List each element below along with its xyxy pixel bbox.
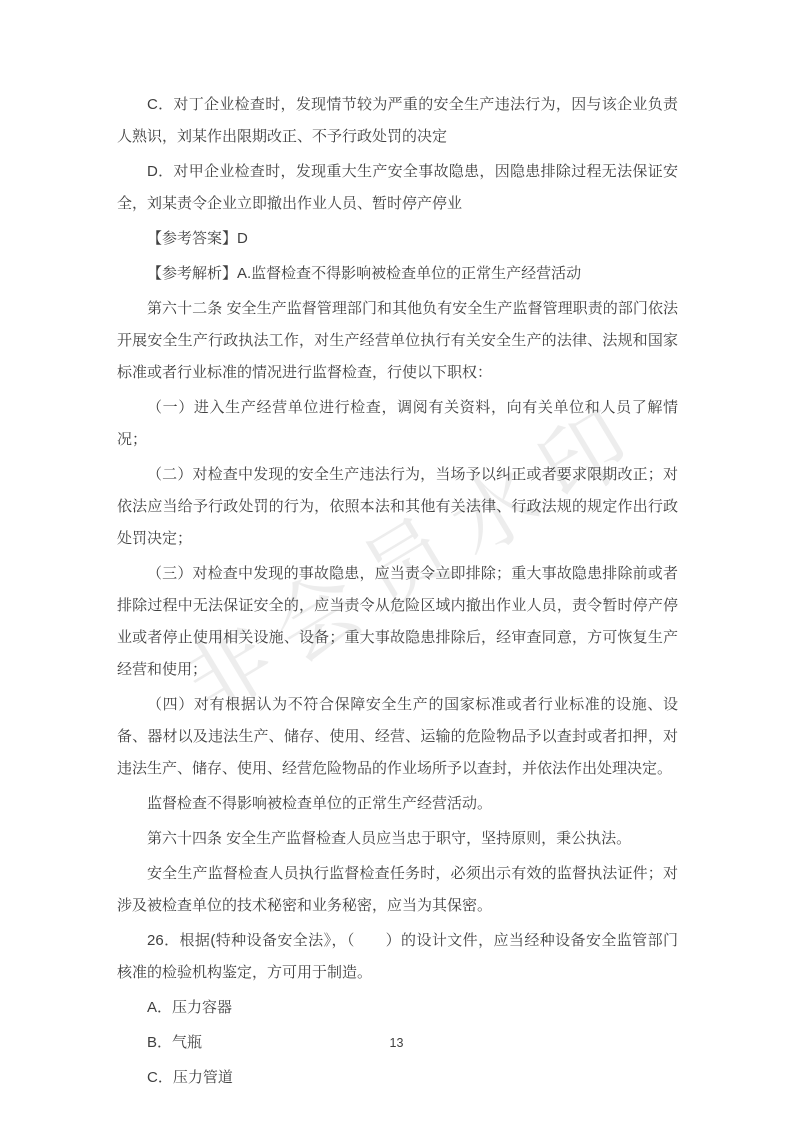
q25-option-d: D．对甲企业检查时，发现重大生产安全事故隐患，因隐患排除过程无法保证安全，刘某责… xyxy=(117,156,678,220)
q26-option-a: A．压力容器 xyxy=(117,992,678,1024)
article-62-item-3: （三）对检查中发现的事故隐患，应当责令立即排除；重大事故隐患排除前或者排除过程中… xyxy=(117,558,678,686)
reference-analysis: 【参考解析】A.监督检查不得影响被检查单位的正常生产经营活动 xyxy=(117,258,678,290)
q25-option-c: C．对丁企业检查时，发现情节较为严重的安全生产违法行为，因与该企业负责人熟识，刘… xyxy=(117,89,678,153)
law-article-62: 第六十二条 安全生产监督管理部门和其他负有安全生产监督管理职责的部门依法开展安全… xyxy=(117,293,678,389)
article-64-para-2: 安全生产监督检查人员执行监督检查任务时，必须出示有效的监督执法证件；对涉及被检查… xyxy=(117,858,678,922)
reference-answer: 【参考答案】D xyxy=(117,223,678,255)
q26-option-c: C．压力管道 xyxy=(117,1062,678,1094)
document-content: C．对丁企业检查时，发现情节较为严重的安全生产违法行为，因与该企业负责人熟识，刘… xyxy=(117,89,678,1097)
page-number: 13 xyxy=(0,1036,793,1050)
law-article-64: 第六十四条 安全生产监督检查人员应当忠于职守，坚持原则，秉公执法。 xyxy=(117,823,678,855)
article-62-item-1: （一）进入生产经营单位进行检查，调阅有关资料，向有关单位和人员了解情况； xyxy=(117,392,678,456)
article-62-item-4: （四）对有根据认为不符合保障安全生产的国家标准或者行业标准的设施、设备、器材以及… xyxy=(117,689,678,785)
question-26: 26．根据(特种设备安全法》，（ ）的设计文件，应当经种设备安全监管部门核准的检… xyxy=(117,925,678,989)
document-page: 非会员水印 C．对丁企业检查时，发现情节较为严重的安全生产违法行为，因与该企业负… xyxy=(0,0,793,1122)
article-62-note: 监督检查不得影响被检查单位的正常生产经营活动。 xyxy=(117,788,678,820)
article-62-item-2: （二）对检查中发现的安全生产违法行为，当场予以纠正或者要求限期改正；对依法应当给… xyxy=(117,459,678,555)
